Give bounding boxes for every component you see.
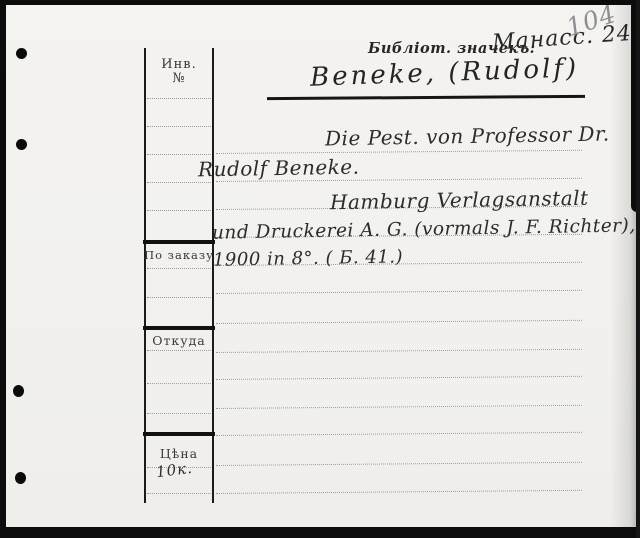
- entry-line-publisher: Hamburg Verlagsanstalt: [330, 186, 589, 215]
- entry-line-author: Rudolf Beneke.: [198, 155, 360, 182]
- column-section-bar: [143, 432, 215, 436]
- column-ruled-line: [147, 210, 211, 211]
- scan-edge-left: [0, 0, 6, 538]
- entry-line-year-format: 1900 in 8°. ( Б. 41.): [213, 246, 403, 270]
- column-section-bar: [143, 326, 215, 330]
- column-ruled-line: [147, 383, 211, 384]
- column-ruled-line: [147, 350, 211, 351]
- column-ruled-line: [147, 268, 211, 269]
- inventory-number-label-line1: Инв.: [144, 57, 214, 72]
- column-ruled-line: [147, 493, 211, 494]
- scan-edge-right: [636, 0, 640, 538]
- column-ruled-line: [147, 98, 211, 99]
- scan-edge-bottom: [0, 527, 640, 538]
- column-section-bar: [143, 240, 215, 244]
- column-ruled-line: [147, 154, 211, 155]
- inventory-number-label-line2: №: [144, 71, 214, 86]
- hole-punch: [16, 139, 27, 150]
- hole-punch: [16, 48, 27, 59]
- price-label: Цѣна: [144, 446, 214, 461]
- column-ruled-line: [147, 126, 211, 127]
- entry-line-title: Die Pest. von Professor Dr.: [325, 122, 610, 151]
- hole-punch: [13, 385, 24, 397]
- column-ruled-line: [147, 297, 211, 298]
- column-ruled-line: [147, 182, 211, 183]
- by-order-label: По заказу: [144, 248, 214, 262]
- hole-punch: [15, 472, 26, 484]
- catalog-card-scan: Инв. № По заказу Откуда Цѣна 10к. Библіо…: [0, 0, 640, 538]
- scan-edge-top: [0, 0, 640, 5]
- origin-label: Откуда: [144, 333, 214, 348]
- column-ruled-line: [147, 413, 211, 414]
